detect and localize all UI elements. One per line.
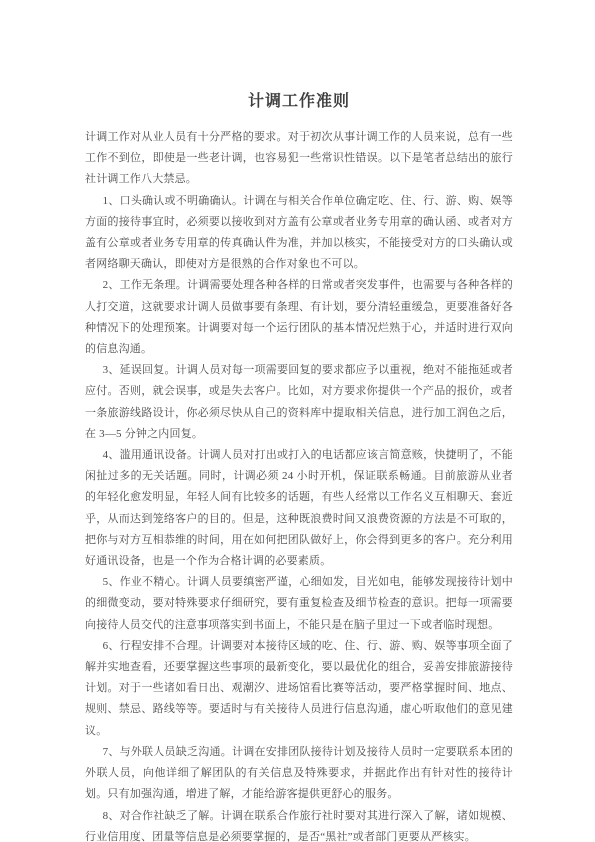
paragraph-item-2: 2、工作无条理。计调需要处理各种各样的日常或者突发事件，也需要与各种各样的人打交…	[85, 275, 513, 360]
paragraph-intro: 计调工作对从业人员有十分严格的要求。对于初次从事计调工作的人员来说，总有一些工作…	[85, 127, 513, 191]
paragraph-item-3: 3、延误回复。计调人员对每一项需要回复的要求都应予以重视，绝对不能拖延或者应付。…	[85, 360, 513, 445]
paragraph-item-4: 4、滥用通讯设备。计调人员对打出或打入的电话都应该言简意赅，快捷明了，不能闲扯过…	[85, 445, 513, 572]
paragraph-item-6: 6、行程安排不合理。计调要对本接待区域的吃、住、行、游、购、娱等事项全面了解并实…	[85, 636, 513, 742]
document-body: 计调工作对从业人员有十分严格的要求。对于初次从事计调工作的人员来说，总有一些工作…	[85, 127, 513, 842]
page-title: 计调工作准则	[85, 88, 513, 111]
paragraph-item-7: 7、与外联人员缺乏沟通。计调在安排团队接待计划及接待人员时一定要联系本团的外联人…	[85, 742, 513, 806]
paragraph-item-8: 8、对合作社缺乏了解。计调在联系合作旅行社时要对其进行深入了解，诸如规模、行业信…	[85, 806, 513, 842]
paragraph-item-5: 5、作业不精心。计调人员要缜密严谨，心细如发，目光如电，能够发现接待计划中的细微…	[85, 572, 513, 636]
paragraph-item-1: 1、口头确认或不明确确认。计调在与相关合作单位确定吃、住、行、游、购、娱等方面的…	[85, 191, 513, 276]
document-page: 计调工作准则 计调工作对从业人员有十分严格的要求。对于初次从事计调工作的人员来说…	[0, 0, 595, 842]
document-content: 计调工作准则 计调工作对从业人员有十分严格的要求。对于初次从事计调工作的人员来说…	[85, 88, 513, 842]
